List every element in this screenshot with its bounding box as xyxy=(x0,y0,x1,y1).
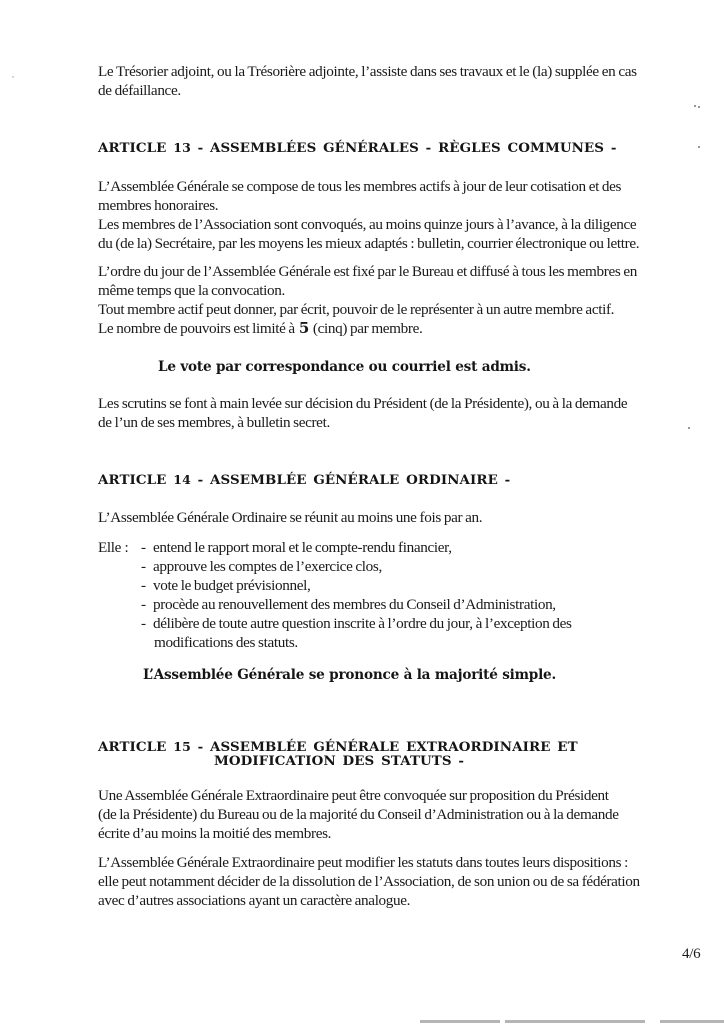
proxy-limit-value: 5 xyxy=(295,319,313,337)
article-title: - ASSEMBLÉES GÉNÉRALES - RÈGLES COMMUNES… xyxy=(198,140,617,156)
article-prefix: ARTICLE xyxy=(98,472,167,488)
list-label: Elle : xyxy=(98,538,128,557)
dash-bullet-icon: - xyxy=(141,576,153,595)
text-line: L’Assemblée Générale se compose de tous … xyxy=(98,177,710,196)
article-15-heading-line-2: MODIFICATION DES STATUTS - xyxy=(214,752,464,771)
list-item: -délibère de toute autre question inscri… xyxy=(141,614,572,633)
list-item: -procède au renouvellement des membres d… xyxy=(141,595,572,614)
text-line: membres honoraires. xyxy=(98,196,710,215)
list-item: -entend le rapport moral et le compte-re… xyxy=(141,538,572,557)
text-line: de défaillance. xyxy=(98,81,710,100)
text-line: Une Assemblée Générale Extraordinaire pe… xyxy=(98,786,710,805)
article-13-paragraph-2: L’ordre du jour de l’Assemblée Générale … xyxy=(98,262,710,338)
article-13-paragraph-1: L’Assemblée Générale se compose de tous … xyxy=(98,177,710,253)
article-number: 14 xyxy=(173,472,191,487)
page-number: 4/6 xyxy=(682,946,700,963)
scan-edge xyxy=(505,1020,645,1023)
text-line: L’Assemblée Générale Ordinaire se réunit… xyxy=(98,508,710,527)
article-13-heading: ARTICLE 13 - ASSEMBLÉES GÉNÉRALES - RÈGL… xyxy=(98,138,617,158)
article-14-paragraph-1: L’Assemblée Générale Ordinaire se réunit… xyxy=(98,508,710,527)
ordinary-assembly-duties-list: -entend le rapport moral et le compte-re… xyxy=(141,538,572,652)
dash-bullet-icon: - xyxy=(141,538,153,557)
list-item-text: délibère de toute autre question inscrit… xyxy=(153,615,572,632)
text-line: (de la Présidente) du Bureau ou de la ma… xyxy=(98,805,710,824)
article-number: 15 xyxy=(173,739,191,754)
text-line: L’Assemblée Générale Extraordinaire peut… xyxy=(98,853,710,872)
text-line: du (de la) Secrétaire, par les moyens le… xyxy=(98,234,710,253)
scan-speck xyxy=(698,146,700,148)
article-number: 13 xyxy=(173,140,191,155)
scan-speck xyxy=(12,76,14,78)
proxy-limit-line: Le nombre de pouvoirs est limité à5(cinq… xyxy=(98,319,710,338)
list-item-text: procède au renouvellement des membres du… xyxy=(153,596,556,613)
simple-majority-statement: L’Assemblée Générale se prononce à la ma… xyxy=(143,666,556,685)
scan-speck xyxy=(694,105,696,107)
dash-bullet-icon: - xyxy=(141,614,153,633)
article-15-paragraph-1: Une Assemblée Générale Extraordinaire pe… xyxy=(98,786,710,843)
text-line: avec d’autres associations ayant un cara… xyxy=(98,891,710,910)
dash-bullet-icon: - xyxy=(141,595,153,614)
text-line: Le Trésorier adjoint, ou la Trésorière a… xyxy=(98,62,710,81)
text-line: Tout membre actif peut donner, par écrit… xyxy=(98,300,710,319)
article-prefix: ARTICLE xyxy=(98,140,167,156)
text-line: écrite d’au moins la moitié des membres. xyxy=(98,824,710,843)
vote-by-mail-statement: Le vote par correspondance ou courriel e… xyxy=(158,358,531,377)
article-title: - ASSEMBLÉE GÉNÉRALE ORDINAIRE - xyxy=(198,472,511,488)
article-13-paragraph-3: Les scrutins se font à main levée sur dé… xyxy=(98,394,710,432)
article-14-heading: ARTICLE 14 - ASSEMBLÉE GÉNÉRALE ORDINAIR… xyxy=(98,470,510,490)
text-line: Les scrutins se font à main levée sur dé… xyxy=(98,394,710,413)
proxy-limit-after: (cinq) par membre. xyxy=(313,320,423,337)
text-line: elle peut notamment décider de la dissol… xyxy=(98,872,710,891)
text-line: même temps que la convocation. xyxy=(98,281,710,300)
list-item-text: vote le budget prévisionnel, xyxy=(153,577,310,594)
text-line: de l’un de ses membres, à bulletin secre… xyxy=(98,413,710,432)
list-item-text: entend le rapport moral et le compte-ren… xyxy=(153,539,452,556)
scan-edge xyxy=(420,1020,500,1023)
text-line: Les membres de l’Association sont convoq… xyxy=(98,215,710,234)
article-prefix: ARTICLE xyxy=(98,739,167,755)
list-item: -vote le budget prévisionnel, xyxy=(141,576,572,595)
text-line: L’ordre du jour de l’Assemblée Générale … xyxy=(98,262,710,281)
scan-speck xyxy=(688,427,690,429)
dash-bullet-icon: - xyxy=(141,557,153,576)
scan-edge xyxy=(660,1020,724,1023)
document-page: Le Trésorier adjoint, ou la Trésorière a… xyxy=(0,0,724,1024)
intro-paragraph: Le Trésorier adjoint, ou la Trésorière a… xyxy=(98,62,710,100)
scan-speck xyxy=(698,106,700,108)
proxy-limit-before: Le nombre de pouvoirs est limité à xyxy=(98,320,295,337)
list-item: -approuve les comptes de l’exercice clos… xyxy=(141,557,572,576)
article-15-paragraph-2: L’Assemblée Générale Extraordinaire peut… xyxy=(98,853,710,910)
list-item-continuation: modifications des statuts. xyxy=(141,633,572,652)
list-item-text: approuve les comptes de l’exercice clos, xyxy=(153,558,382,575)
